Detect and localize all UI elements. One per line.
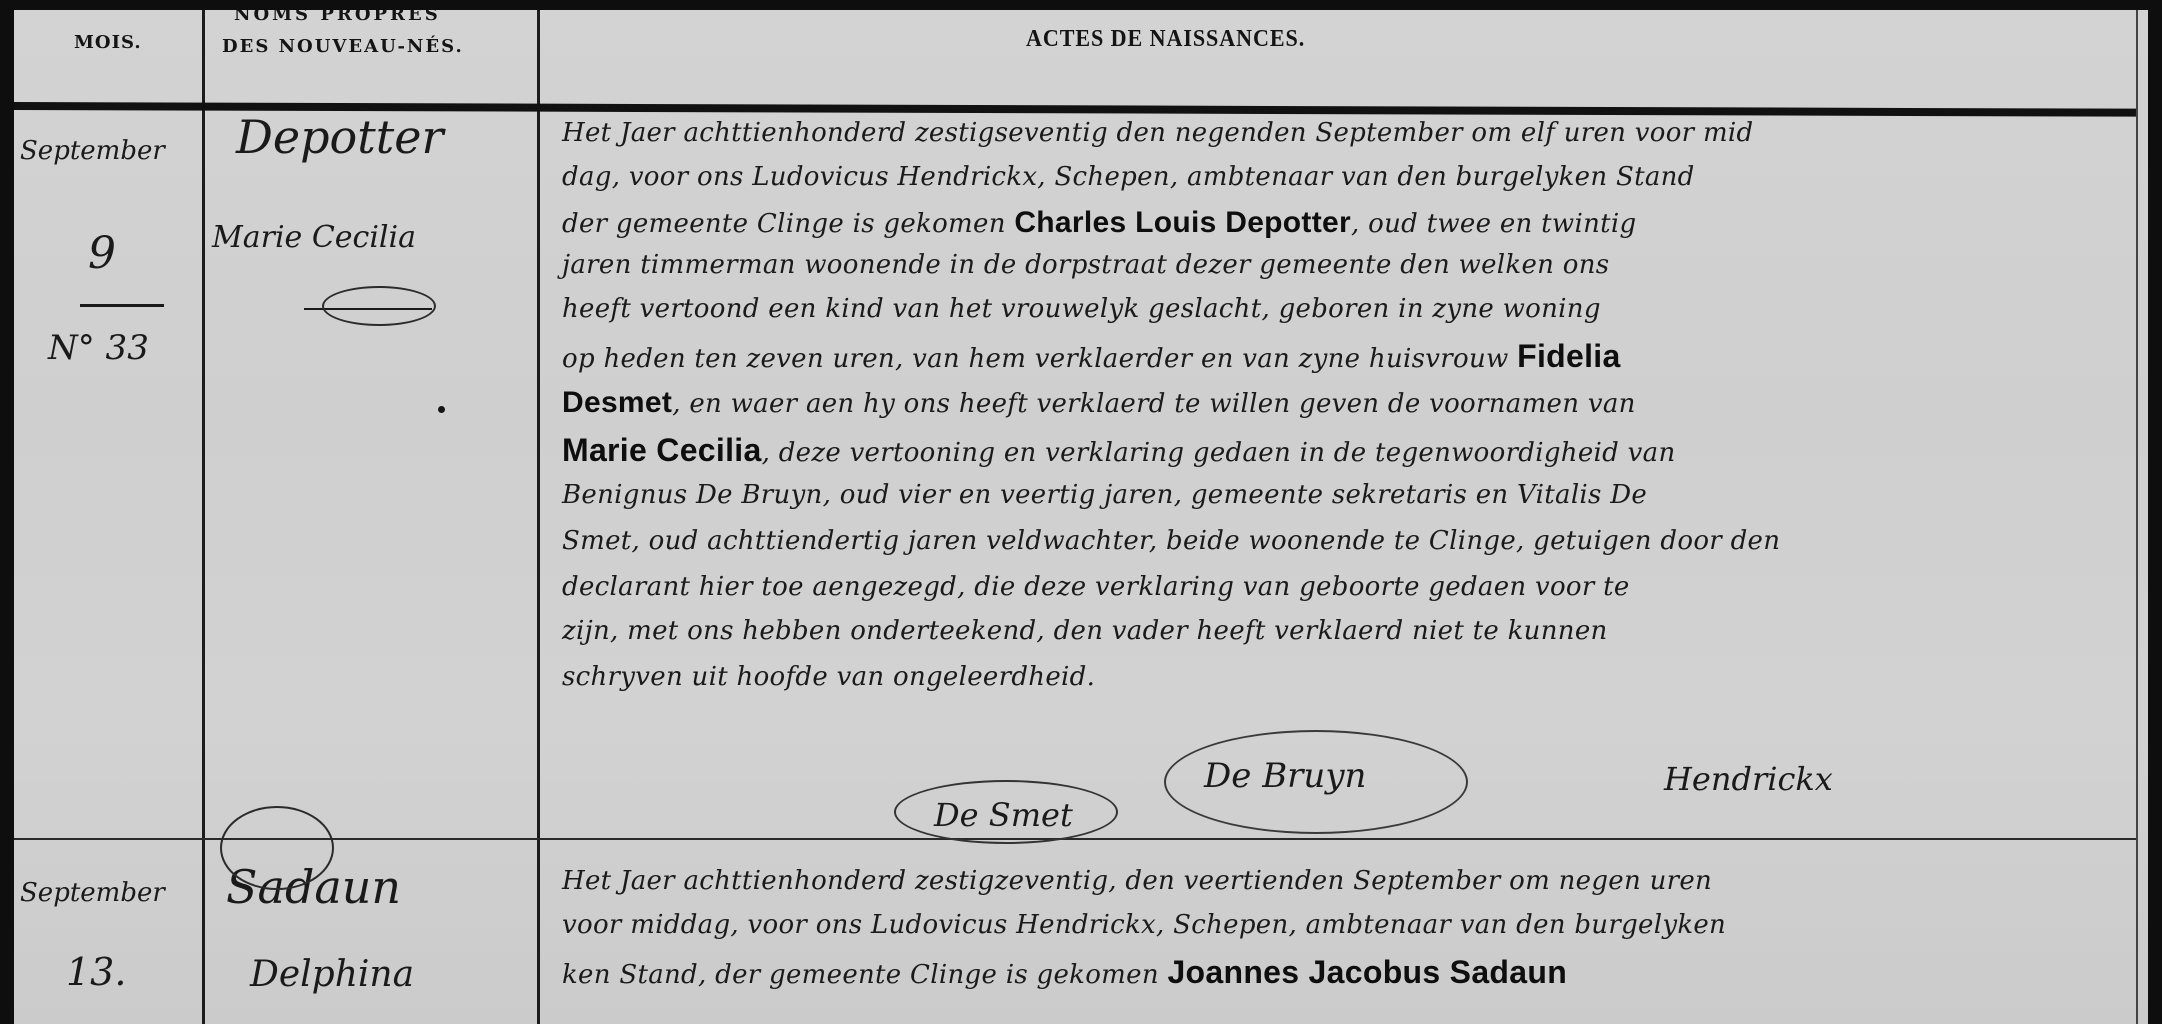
entry-1-given-names: Marie Cecilia — [212, 220, 416, 255]
column-divider-right — [2136, 10, 2138, 1024]
scan-border-left — [0, 0, 14, 1024]
mother-first-name: Fidelia — [1517, 338, 1620, 374]
entry-1-line: heeft vertoond een kind van het vrouwely… — [562, 294, 1601, 324]
column-header-acts: ACTES DE NAISSANCES. — [1026, 26, 1305, 53]
child-name-in-text: Marie Cecilia — [562, 432, 762, 468]
column-header-month: MOIS. — [74, 32, 142, 53]
entry-1-number: N° 33 — [48, 328, 149, 368]
ink-dot — [438, 406, 445, 413]
entry-1-line: jaren timmerman woonende in de dorpstraa… — [562, 250, 1609, 280]
entry-1-line: Het Jaer achttienhonderd zestigseventig … — [562, 118, 1753, 148]
entry-2-given-names: Delphina — [250, 954, 414, 995]
entry-2-line: Het Jaer achttienhonderd zestigzeventig,… — [562, 866, 1712, 896]
entry-1-line: Desmet, en waer aen hy ons heeft verklae… — [562, 386, 1636, 420]
entry-1-line: Benignus De Bruyn, oud vier en veertig j… — [562, 480, 1647, 510]
father-name: Charles Louis Depotter — [1014, 206, 1351, 239]
entry-1-line: der gemeente Clinge is gekomen Charles L… — [562, 206, 1636, 240]
signature-flourish — [894, 780, 1118, 844]
entry-1-line: zijn, met ons hebben onderteekend, den v… — [562, 616, 1608, 646]
entry-2-line: voor middag, voor ons Ludovicus Hendrick… — [562, 910, 1726, 940]
column-header-names: DES NOUVEAU-NÉS. — [222, 36, 464, 57]
entry-2-day: 13. — [66, 950, 126, 994]
entry-1-line: Smet, oud achttiendertig jaren veldwacht… — [562, 526, 1780, 556]
entry-1-surname: Depotter — [236, 110, 443, 164]
entry-1-line: op heden ten zeven uren, van hem verklae… — [562, 338, 1621, 375]
entry-1-line: Marie Cecilia, deze vertooning en verkla… — [562, 432, 1676, 469]
entry-1-line-prefix: der gemeente Clinge is gekomen — [562, 209, 1014, 239]
entry-1-line: schryven uit hoofde van ongeleerdheid. — [562, 662, 1095, 692]
register-page: MOIS. NOMS PROPRES DES NOUVEAU-NÉS. ACTE… — [14, 10, 2148, 1024]
column-divider-names — [537, 10, 540, 1024]
entry-1-month: September — [20, 136, 165, 166]
mother-surname: Desmet — [562, 386, 672, 419]
column-header-names-top: NOMS PROPRES — [234, 10, 441, 25]
entry-1-name-flourish — [322, 286, 436, 326]
entry-2-father-name: Joannes Jacobus Sadaun — [1167, 954, 1567, 990]
entry-1-line: dag, voor ons Ludovicus Hendrickx, Schep… — [562, 162, 1695, 192]
column-divider-month — [202, 10, 205, 1024]
scan-border-top — [0, 0, 2162, 10]
scan-border-right — [2148, 0, 2162, 1024]
entry-1-day: 9 — [88, 228, 116, 279]
entry-1-day-rule — [80, 304, 164, 307]
signature-flourish — [1164, 730, 1468, 834]
entry-2-line: ken Stand, der gemeente Clinge is gekome… — [562, 954, 1567, 991]
entry-2-month: September — [20, 878, 165, 908]
entry-1-line: declarant hier toe aengezegd, die deze v… — [562, 572, 1630, 602]
entry-2-name-flourish — [220, 806, 334, 890]
signature-hendrickx: Hendrickx — [1664, 760, 1833, 798]
